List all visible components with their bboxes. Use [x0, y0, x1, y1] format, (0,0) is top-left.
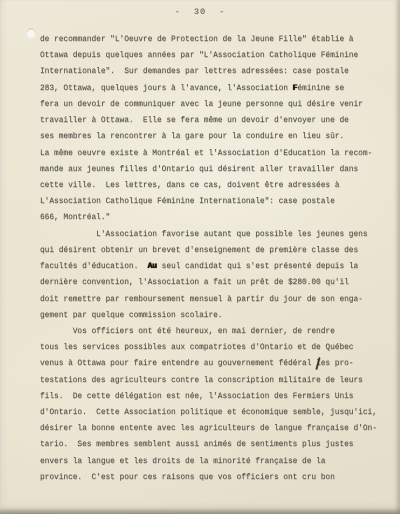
- text-line: Ottawa depuis quelques années par "L'Ass…: [40, 48, 377, 64]
- text-line: qui désirent obtenir un brevet d'enseign…: [40, 243, 377, 259]
- text-line: province. C'est pour ces raisons que vos…: [40, 470, 377, 486]
- text-line: Vos officiers ont été heureux, en mai de…: [40, 324, 377, 340]
- text-line: ses membres la rencontrer à la gare pour…: [40, 129, 377, 145]
- text-line: 283, Ottawa, quelques jours à l'avance, …: [40, 81, 377, 97]
- hole-punch: [26, 28, 36, 38]
- text-line: 666, Montréal.": [40, 210, 377, 226]
- text-line: travailler à Ottawa. Elle se fera même u…: [40, 113, 377, 129]
- text-line: L'Association favorise autant que possib…: [40, 227, 377, 243]
- overstrike-mark: les: [316, 360, 330, 368]
- text-line: fils. De cette délégation est née, l'Ass…: [40, 389, 377, 405]
- text-line: cette ville. Les lettres, dans ce cas, d…: [40, 178, 377, 194]
- document-text: de recommander "L'Oeuvre de Protection d…: [40, 32, 377, 486]
- text-line: facultés d'éducation. Au seul candidat q…: [40, 259, 377, 275]
- overstrike-mark: F: [293, 85, 298, 93]
- text-line: tario. Ses membres semblent aussi animés…: [40, 437, 377, 453]
- document-page: - 30 - de recommander "L'Oeuvre de Prote…: [0, 0, 400, 514]
- text-line: mande aux jeunes filles d'Ontario qui dé…: [40, 162, 377, 178]
- page-number: - 30 -: [0, 7, 400, 17]
- text-line: venus à Ottawa pour faire entendre au go…: [40, 356, 377, 372]
- overstrike-mark: Au: [148, 263, 157, 271]
- text-line: testations des agriculteurs contre la co…: [40, 373, 377, 389]
- text-line: d'Ontario. Cette Association politique e…: [40, 405, 377, 421]
- text-line: désirer la bonne entente avec les agricu…: [40, 421, 377, 437]
- text-line: La même oeuvre existe à Montréal et l'As…: [40, 146, 377, 162]
- text-line: tous les services possibles aux compatri…: [40, 340, 377, 356]
- text-line: dernière convention, l'Association a fai…: [40, 275, 377, 291]
- text-line: L'Association Catholique Féminine Intern…: [40, 194, 377, 210]
- text-line: envers la langue et les droits de la min…: [40, 454, 377, 470]
- page-right-edge: [395, 0, 400, 514]
- page-bottom-edge: [0, 508, 400, 514]
- text-line: doit remettre par remboursement mensuel …: [40, 292, 377, 308]
- text-line: gement par quelque commission scolaire.: [40, 308, 377, 324]
- text-line: Internationale". Sur demandes par lettre…: [40, 64, 377, 80]
- text-line: fera un devoir de communiquer avec la je…: [40, 97, 377, 113]
- text-line: de recommander "L'Oeuvre de Protection d…: [40, 32, 377, 48]
